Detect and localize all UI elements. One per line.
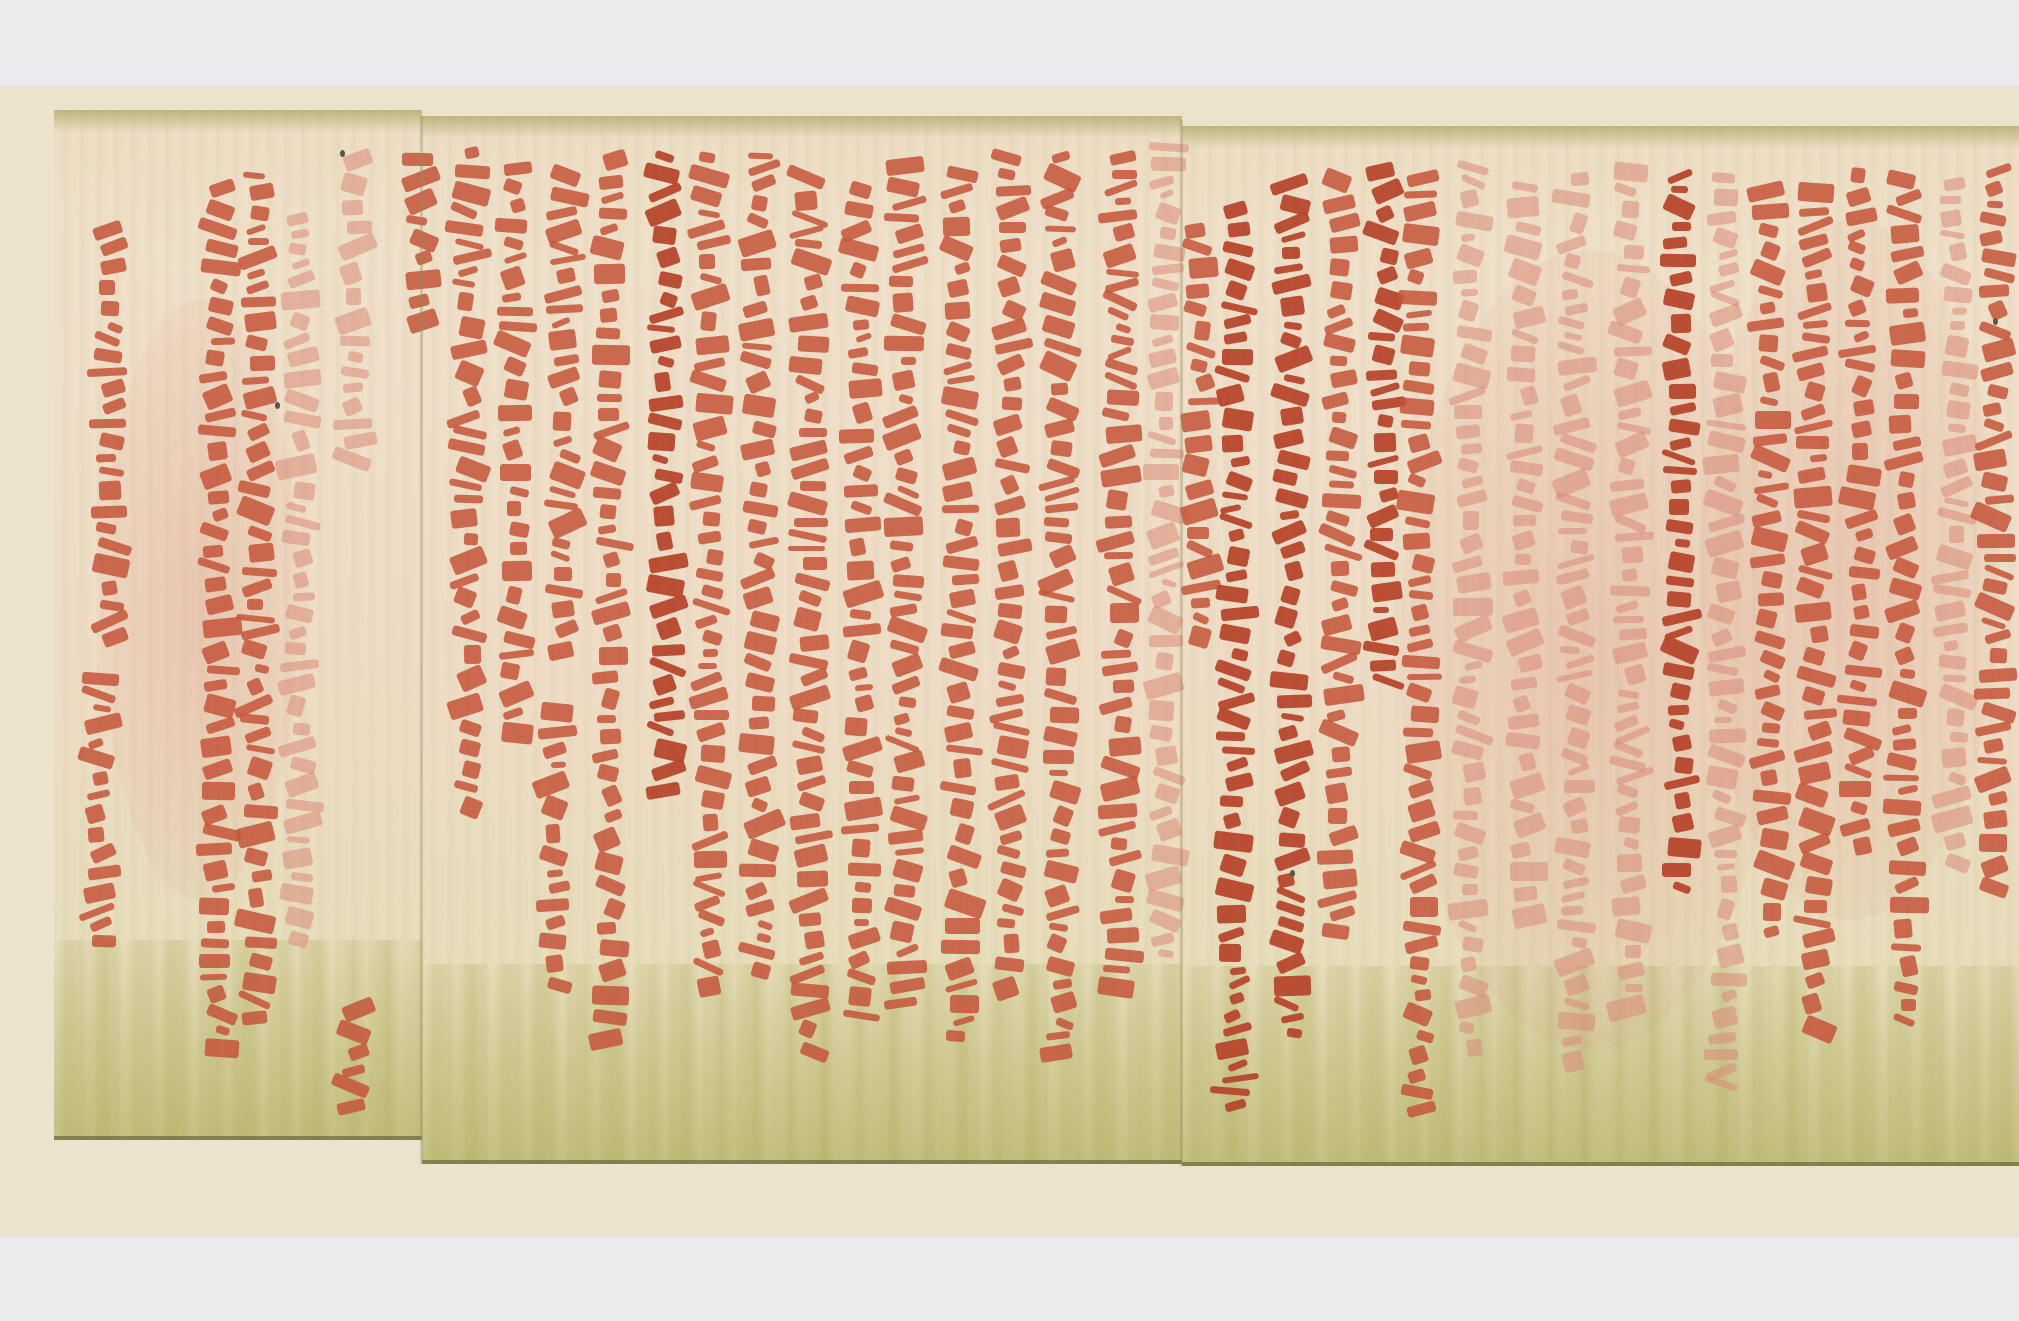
brush-stroke [737,941,775,960]
brush-stroke [1706,419,1746,431]
brush-stroke [1279,295,1304,317]
brush-stroke [602,550,620,568]
ink-column [1503,180,1547,930]
brush-stroke [1984,494,2014,504]
brush-stroke [1565,608,1590,627]
brush-stroke [995,185,1030,197]
brush-stroke [1512,515,1535,526]
brush-stroke [1894,876,1920,895]
brush-stroke [883,213,918,223]
brush-stroke [745,898,775,917]
brush-stroke [1280,713,1304,722]
brush-stroke [1557,356,1598,376]
brush-stroke [1897,471,1915,489]
brush-stroke [1899,668,1915,679]
brush-stroke [1662,662,1695,681]
brush-stroke [1322,332,1355,353]
brush-stroke [599,307,617,323]
stain-edge [54,1136,422,1140]
brush-stroke [996,877,1023,902]
brush-stroke [788,313,829,333]
brush-stroke [1275,488,1310,510]
brush-stroke [1002,376,1021,392]
brush-stroke [1974,430,2013,452]
brush-stroke [1612,220,1637,241]
brush-stroke [653,371,670,392]
brush-stroke [651,644,685,657]
brush-stroke [1460,173,1486,190]
brush-stroke [1558,315,1585,330]
brush-stroke [1625,945,1641,958]
brush-stroke [1146,521,1181,550]
brush-stroke [1561,796,1586,818]
brush-stroke [201,938,229,948]
brush-stroke [1039,1043,1073,1063]
brush-stroke [1146,292,1178,313]
brush-stroke [654,150,675,164]
brush-stroke [1945,400,1970,420]
brush-stroke [1668,384,1695,399]
brush-stroke [887,960,928,975]
brush-stroke [1399,334,1434,357]
brush-stroke [1406,798,1435,823]
brush-stroke [1107,927,1140,943]
brush-stroke [1806,282,1828,302]
brush-stroke [1456,572,1492,594]
brush-stroke [1896,491,1916,510]
brush-stroke [1403,190,1436,198]
brush-stroke [948,588,976,608]
brush-stroke [598,524,617,535]
brush-stroke [1453,270,1478,285]
brush-stroke [1617,456,1636,475]
brush-stroke [292,481,315,501]
brush-stroke [446,692,484,721]
brush-stroke [946,165,979,183]
brush-stroke [1046,667,1067,686]
brush-stroke [697,530,721,544]
brush-stroke [849,781,874,794]
brush-stroke [996,845,1021,860]
brush-stroke [1192,611,1210,625]
brush-stroke [209,277,228,294]
brush-stroke [1717,863,1736,871]
brush-stroke [1230,456,1250,468]
brush-stroke [500,464,531,481]
brush-stroke [1183,299,1207,317]
brush-stroke [941,481,973,503]
brush-stroke [1943,286,1972,304]
brush-stroke [552,435,572,447]
brush-stroke [1050,382,1068,395]
brush-stroke [1045,933,1067,955]
brush-stroke [93,704,112,713]
brush-stroke [1112,680,1133,694]
brush-stroke [340,172,368,197]
brush-stroke [1793,419,1833,435]
brush-stroke [1228,975,1251,991]
brush-stroke [1279,584,1300,605]
brush-stroke [1147,347,1177,368]
brush-stroke [841,736,883,762]
brush-stroke [745,370,772,394]
brush-stroke [1273,975,1311,996]
brush-stroke [657,355,675,368]
brush-stroke [1979,284,2010,298]
brush-stroke [1329,580,1358,598]
brush-stroke [1791,346,1828,364]
brush-stroke [284,388,321,413]
brush-stroke [1616,783,1639,799]
brush-stroke [1503,234,1542,261]
brush-stroke [508,521,529,538]
brush-stroke [1756,493,1779,509]
brush-stroke [1276,649,1296,668]
brush-stroke [694,765,732,790]
brush-stroke [1571,936,1588,948]
brush-stroke [1105,424,1142,444]
brush-stroke [241,1010,267,1026]
brush-stroke [1407,820,1441,843]
brush-stroke [1849,257,1866,272]
brush-stroke [749,716,770,730]
brush-stroke [1754,684,1781,700]
brush-stroke [1462,936,1484,953]
brush-stroke [838,429,873,444]
brush-stroke [944,301,970,320]
brush-stroke [798,791,825,812]
brush-stroke [1273,263,1303,274]
brush-stroke [1935,544,1974,571]
brush-stroke [1050,440,1073,457]
brush-stroke [747,518,767,535]
brush-stroke [1321,922,1350,940]
brush-stroke [1403,935,1438,955]
brush-stroke [1453,862,1479,879]
ink-column [1608,160,1652,1020]
brush-stroke [1402,655,1441,670]
brush-stroke [551,537,571,550]
brush-stroke [1184,434,1213,453]
brush-stroke [1704,1049,1738,1060]
brush-stroke [500,661,521,680]
brush-stroke [889,540,913,552]
brush-stroke [286,211,309,226]
brush-stroke [1894,622,1915,645]
brush-stroke [464,533,479,546]
brush-stroke [1409,590,1434,600]
ink-column [493,160,537,750]
brush-stroke [1797,832,1830,855]
brush-stroke [1272,429,1304,450]
brush-stroke [1758,334,1778,352]
brush-stroke [702,813,718,831]
ink-column [788,170,832,1060]
brush-stroke [954,518,974,537]
brush-stroke [1556,341,1584,356]
brush-stroke [454,238,484,251]
brush-stroke [1044,204,1069,222]
brush-stroke [1269,671,1308,691]
brush-stroke [1567,763,1590,777]
brush-stroke [945,1030,965,1043]
brush-stroke [1328,905,1355,922]
ink-column [938,165,982,1050]
brush-stroke [1708,728,1745,743]
brush-stroke [1759,828,1789,851]
brush-stroke [1223,1008,1242,1024]
ink-column [1318,170,1362,950]
brush-stroke [197,217,238,241]
brush-stroke [1566,727,1591,751]
brush-stroke [1760,769,1779,787]
brush-stroke [1104,515,1132,528]
brush-stroke [1512,811,1546,838]
brush-stroke [691,597,730,616]
brush-stroke [1458,675,1476,684]
brush-stroke [211,507,229,523]
brush-stroke [337,232,378,262]
brush-stroke [1463,511,1479,530]
brush-stroke [1720,988,1738,1003]
brush-stroke [942,361,972,376]
brush-stroke [501,439,523,462]
brush-stroke [1408,624,1430,637]
brush-stroke [276,673,315,696]
brush-stroke [498,649,534,660]
brush-stroke [1715,943,1744,968]
brush-stroke [587,1028,623,1051]
brush-stroke [997,602,1023,619]
brush-stroke [1844,320,1869,327]
brush-stroke [1619,874,1647,894]
brush-stroke [1185,283,1209,299]
brush-stroke [497,307,533,317]
brush-stroke [695,440,715,452]
brush-stroke [545,824,560,844]
brush-stroke [1216,905,1246,924]
brush-stroke [742,586,774,611]
brush-stroke [1888,321,1925,346]
brush-stroke [1720,875,1737,893]
brush-stroke [244,311,277,333]
brush-stroke [1410,603,1429,622]
paper-speck [340,150,345,157]
brush-stroke [347,1043,370,1062]
brush-stroke [1617,407,1641,421]
brush-stroke [739,438,775,461]
brush-stroke [1979,230,2003,247]
brush-stroke [493,329,532,358]
brush-stroke [1048,780,1081,806]
brush-stroke [745,881,768,901]
brush-stroke [1714,188,1739,206]
brush-stroke [739,567,776,590]
brush-stroke [1844,664,1882,678]
brush-stroke [496,605,528,630]
brush-stroke [1452,810,1477,820]
brush-stroke [1759,396,1778,407]
brush-stroke [1711,973,1747,987]
brush-stroke [843,623,882,638]
brush-stroke [742,500,779,518]
brush-stroke [700,744,725,763]
brush-stroke [1098,696,1133,716]
brush-stroke [241,578,273,599]
brush-stroke [1969,501,2012,533]
brush-stroke [237,245,278,271]
brush-stroke [1755,411,1791,429]
brush-stroke [1115,322,1131,333]
brush-stroke [1889,415,1912,434]
brush-stroke [1564,331,1583,341]
brush-stroke [196,843,233,857]
brush-stroke [841,284,879,293]
brush-stroke [591,985,629,1005]
brush-stroke [558,386,579,406]
brush-stroke [1406,638,1433,653]
brush-stroke [696,721,727,742]
brush-stroke [939,183,973,200]
brush-stroke [1328,464,1357,479]
brush-stroke [1507,367,1536,383]
ink-column [1933,175,1977,880]
brush-stroke [1805,876,1833,897]
brush-stroke [1663,466,1697,475]
brush-stroke [598,174,623,190]
brush-stroke [1850,800,1869,815]
brush-stroke [1615,600,1638,614]
brush-stroke [1215,383,1245,407]
brush-stroke [503,161,532,176]
brush-stroke [743,631,777,656]
brush-stroke [1950,732,1969,744]
brush-stroke [699,273,722,285]
brush-stroke [208,178,236,198]
brush-stroke [1613,512,1647,533]
brush-stroke [1718,248,1738,261]
brush-stroke [1370,382,1401,397]
brush-stroke [202,860,228,883]
brush-stroke [1184,222,1206,239]
brush-stroke [284,906,315,930]
brush-stroke [952,1015,975,1027]
brush-stroke [286,346,320,368]
brush-stroke [1509,841,1531,859]
brush-stroke [1977,534,2015,549]
brush-stroke [844,201,874,220]
brush-stroke [1846,464,1882,487]
brush-stroke [280,289,320,310]
brush-stroke [1711,789,1732,805]
brush-stroke [405,215,427,227]
brush-stroke [1276,694,1311,708]
brush-stroke [1505,445,1543,461]
brush-stroke [1371,344,1396,366]
brush-stroke [1672,881,1692,895]
brush-stroke [1845,187,1871,208]
brush-stroke [648,394,683,412]
brush-stroke [241,972,276,995]
brush-stroke [545,583,584,598]
brush-stroke [1710,627,1733,648]
brush-stroke [1450,739,1484,761]
brush-stroke [1884,599,1921,624]
brush-stroke [1458,532,1484,555]
brush-stroke [895,943,919,958]
brush-stroke [1508,772,1545,800]
brush-stroke [1283,630,1303,648]
brush-stroke [287,930,309,949]
brush-stroke [1555,568,1589,586]
brush-stroke [1453,822,1486,846]
brush-stroke [1977,757,2007,765]
brush-stroke [538,932,566,950]
brush-stroke [1561,891,1586,904]
brush-stroke [702,511,720,526]
brush-stroke [1667,168,1694,185]
brush-stroke [503,378,529,401]
brush-stroke [1901,999,1916,1011]
brush-stroke [739,350,772,370]
brush-stroke [1804,268,1822,280]
brush-stroke [1273,739,1314,764]
brush-stroke [994,458,1030,474]
brush-stroke [198,463,232,491]
brush-stroke [795,755,823,775]
brush-stroke [843,445,874,465]
brush-stroke [1457,299,1479,322]
brush-stroke [281,529,311,546]
brush-stroke [1669,270,1693,287]
brush-stroke [1611,896,1641,916]
brush-stroke [594,874,626,897]
brush-stroke [1051,150,1071,164]
brush-stroke [737,229,777,258]
brush-stroke [602,624,623,643]
brush-stroke [1755,608,1778,629]
brush-stroke [1225,569,1248,583]
brush-stroke [1230,967,1247,976]
brush-stroke [1987,299,2009,321]
brush-stroke [546,366,580,389]
brush-stroke [1708,302,1743,327]
brush-stroke [1043,860,1079,884]
brush-stroke [284,642,306,656]
brush-stroke [1222,200,1248,220]
brush-stroke [1459,956,1476,973]
brush-stroke [1890,245,1925,263]
brush-stroke [851,464,872,483]
brush-stroke [1943,497,1969,508]
brush-stroke [891,195,927,211]
brush-stroke [1518,752,1537,772]
brush-stroke [1670,186,1687,194]
brush-stroke [853,319,870,331]
brush-stroke [1109,150,1137,166]
brush-stroke [1749,553,1785,569]
brush-stroke [651,673,677,696]
brush-stroke [244,726,272,744]
brush-stroke [605,572,620,586]
brush-stroke [1510,676,1537,691]
brush-stroke [1751,203,1789,221]
brush-stroke [1713,806,1746,827]
brush-stroke [1716,898,1735,921]
brush-stroke [1462,786,1481,805]
brush-stroke [1613,379,1653,407]
brush-stroke [795,374,826,395]
